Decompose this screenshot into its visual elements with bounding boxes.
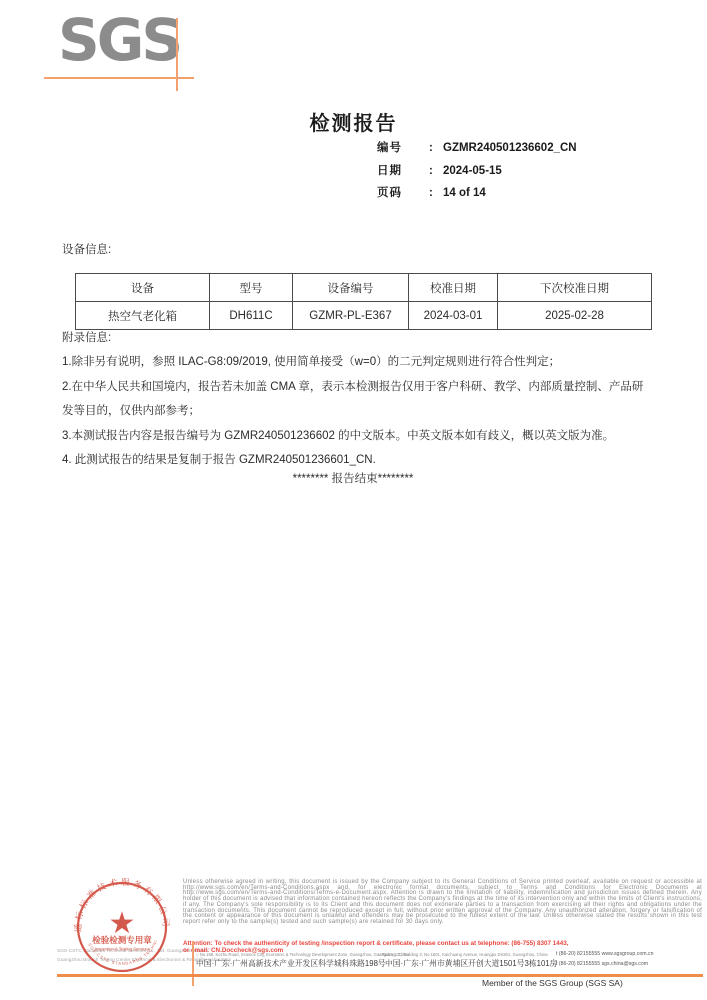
sgs-logo: SGS <box>58 6 180 74</box>
column-header: 下次校准日期 <box>498 274 652 302</box>
logo-crosshair-vertical <box>176 18 178 91</box>
equipment-section-label: 设备信息: <box>62 241 111 257</box>
table-cell: 2025-02-28 <box>498 302 652 330</box>
table-row: 热空气老化箱DH611CGZMR-PL-E3672024-03-012025-0… <box>76 302 652 330</box>
note-item: 4. 此测试报告的结果是复制于报告 GZMR240501236601_CN. <box>62 448 644 473</box>
footer-crosshair-vertical <box>192 941 194 986</box>
column-header: 校准日期 <box>409 274 498 302</box>
seal-label: 检验检测专用章 <box>92 935 152 945</box>
notes-list: 1.除非另有说明，参照 ILAC-G8:09/2019, 使用简单接受（w=0）… <box>62 350 644 473</box>
equipment-table-body: 热空气老化箱DH611CGZMR-PL-E3672024-03-012025-0… <box>76 302 652 330</box>
address-en-2: □ Room 101, Building 3, No.1501, Kaichua… <box>378 952 548 957</box>
field-colon: : <box>429 165 443 177</box>
report-page: SGS 检测报告 编号:GZMR240501236602_CN日期:2024-0… <box>0 0 707 1000</box>
table-cell: 热空气老化箱 <box>76 302 210 330</box>
report-end-marker: ******** 报告结束******** <box>62 470 644 486</box>
note-item: 2.在中华人民共和国境内，报告若未加盖 CMA 章，表示本检测报告仅用于客户科研… <box>62 375 644 424</box>
page-title: 检测报告 <box>0 107 707 136</box>
equipment-table: 设备型号设备编号校准日期下次校准日期 热空气老化箱DH611CGZMR-PL-E… <box>75 273 652 330</box>
footer-crosshair-horizontal <box>57 974 703 977</box>
field-colon: : <box>429 187 443 199</box>
header-field-row: 页码:14 of 14 <box>377 184 577 207</box>
inspection-seal-stamp: 通标标准技术服务有限公司广州分公司 ★ 检验检测专用章 Inspection &… <box>70 877 174 977</box>
column-header: 型号 <box>210 274 293 302</box>
note-item: 3.本测试报告内容是报告编号为 GZMR240501236602 的中文版本。中… <box>62 424 644 449</box>
header-field-row: 编号:GZMR240501236602_CN <box>377 139 577 162</box>
field-label: 编号 <box>377 139 429 155</box>
seal-label-en: Inspection & Testing Services <box>95 947 150 952</box>
field-label: 日期 <box>377 162 429 178</box>
column-header: 设备 <box>76 274 210 302</box>
field-colon: : <box>429 142 443 154</box>
header-fields: 编号:GZMR240501236602_CN日期:2024-05-15页码:14… <box>377 139 577 207</box>
field-label: 页码 <box>377 184 429 200</box>
address-en-1: □ No.198, Kezhu Road, Science City, Econ… <box>196 952 409 957</box>
field-value: GZMR240501236602_CN <box>443 142 577 154</box>
note-item: 1.除非另有说明，参照 ILAC-G8:09/2019, 使用简单接受（w=0）… <box>62 350 644 375</box>
attention-line-1: Attention: To check the authenticity of … <box>183 940 702 947</box>
header-field-row: 日期:2024-05-15 <box>377 162 577 185</box>
address-cn-2: 中国·广东·广州市黄埔区开创大道1501号3栋101房 <box>385 958 557 969</box>
table-cell: DH611C <box>210 302 293 330</box>
contact-phone-web: t (86-20) 82155555 www.sgsgroup.com.cn <box>556 951 653 957</box>
table-cell: GZMR-PL-E367 <box>293 302 409 330</box>
table-cell: 2024-03-01 <box>409 302 498 330</box>
sgs-member-text: Member of the SGS Group (SGS SA) <box>482 978 623 988</box>
column-header: 设备编号 <box>293 274 409 302</box>
address-cn-1: 中国·广东·广州高新技术产业开发区科学城科珠路198号 <box>196 958 386 969</box>
terms-disclaimer: Unless otherwise agreed in writing, this… <box>183 880 702 926</box>
contact-phone-email: t (86-20) 82155555 sgs.china@sgs.com <box>556 961 648 967</box>
notes-section-label: 附录信息: <box>62 329 111 345</box>
field-value: 2024-05-15 <box>443 165 502 177</box>
equipment-table-head-row: 设备型号设备编号校准日期下次校准日期 <box>76 274 652 302</box>
field-value: 14 of 14 <box>443 187 486 199</box>
logo-crosshair-horizontal <box>44 77 194 79</box>
